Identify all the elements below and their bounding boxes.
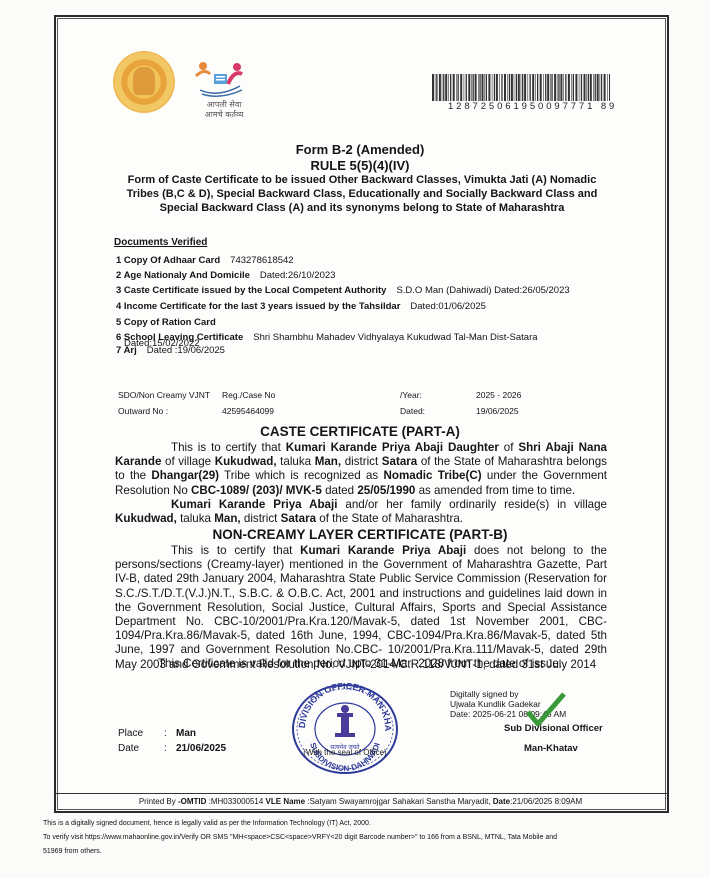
document-6-date: Dated:15/02/2022 bbox=[124, 338, 200, 349]
document-item: 3 Caste Certificate issued by the Local … bbox=[116, 285, 570, 296]
logo-caption-1: आपली सेवा bbox=[207, 100, 242, 109]
form-description: Form of Caste Certificate to be issued O… bbox=[112, 173, 612, 215]
dated-label: Dated: bbox=[400, 406, 425, 416]
office-seal-icon: SUBDIVISION OFFICER MAN-KHATAV SUBDIVISI… bbox=[287, 683, 403, 775]
printed-by-line: Printed By -OMTID :MH033000514 VLE Name … bbox=[54, 797, 667, 806]
footer-verify-cont: 51969 from others. bbox=[43, 848, 102, 855]
document-item: 2 Age Nationaly And DomicileDated:26/10/… bbox=[116, 270, 335, 281]
svg-text:SUBDIVISION OFFICER MAN-KHATAV: SUBDIVISION OFFICER MAN-KHATAV bbox=[287, 683, 393, 732]
print-divider bbox=[54, 793, 667, 794]
date-label: Date bbox=[118, 743, 139, 754]
aaple-sarkar-logo: आपली सेवाआमचे कर्तव्य bbox=[190, 58, 250, 128]
form-title: Form B-2 (Amended) bbox=[60, 142, 660, 157]
designation: Sub Divisional Officer bbox=[504, 723, 603, 734]
omtid-value: :MH033000514 bbox=[206, 797, 265, 806]
date-row: Date:21/06/2025 bbox=[118, 743, 139, 754]
barcode-number: 128725061950097771 89 bbox=[448, 101, 617, 112]
outward-label: Outward No : bbox=[118, 406, 168, 416]
vle-name: :Satyam Swayamrojgar Sahakari Sanstha Ma… bbox=[305, 797, 493, 806]
printed-date: :21/06/2025 8:09AM bbox=[510, 797, 582, 806]
footer-legal: This is a digitally signed document, hen… bbox=[43, 820, 371, 827]
validity-statement: This Certificate is valid for the period… bbox=[60, 657, 660, 670]
svg-text:(With the seal of Office): (With the seal of Office) bbox=[303, 748, 387, 757]
place-label: Place bbox=[118, 728, 143, 739]
year-value: 2025 - 2026 bbox=[476, 390, 521, 400]
hand-service-icon bbox=[190, 58, 250, 100]
place-value: Man bbox=[176, 728, 196, 739]
year-label: /Year: bbox=[400, 390, 422, 400]
part-a-title: CASTE CERTIFICATE (PART-A) bbox=[60, 424, 660, 439]
documents-heading: Documents Verified bbox=[114, 237, 207, 248]
document-item: 1 Copy Of Adhaar Card743278618542 bbox=[116, 255, 294, 266]
document-item: 5 Copy of Ration Card bbox=[116, 317, 216, 328]
part-b-title: NON-CREAMY LAYER CERTIFICATE (PART-B) bbox=[60, 527, 660, 542]
document-item: 4 Income Certificate for the last 3 year… bbox=[116, 301, 486, 312]
part-a-paragraph-2: Kumari Karande Priya Abaji and/or her fa… bbox=[115, 498, 607, 526]
date-value: 21/06/2025 bbox=[176, 743, 226, 754]
part-a-paragraph-1: This is to certify that Kumari Karande P… bbox=[115, 441, 607, 498]
logo-caption-2: आमचे कर्तव्य bbox=[205, 110, 244, 119]
office-label: SDO/Non Creamy VJNT bbox=[118, 390, 210, 400]
rule-title: RULE 5(5)(4)(IV) bbox=[60, 158, 660, 173]
office-name: Man-Khatav bbox=[524, 743, 578, 754]
dated-value: 19/06/2025 bbox=[476, 406, 519, 416]
place-row: Place:Man bbox=[118, 728, 143, 739]
outward-value: 42595464099 bbox=[222, 406, 274, 416]
footer-verify: To verify visit https://www.mahaonline.g… bbox=[43, 834, 557, 841]
maharashtra-emblem-icon bbox=[115, 53, 173, 111]
barcode bbox=[432, 74, 610, 101]
reg-case-label: Reg./Case No bbox=[222, 390, 275, 400]
part-b-paragraph: This is to certify that Kumari Karande P… bbox=[115, 544, 607, 672]
